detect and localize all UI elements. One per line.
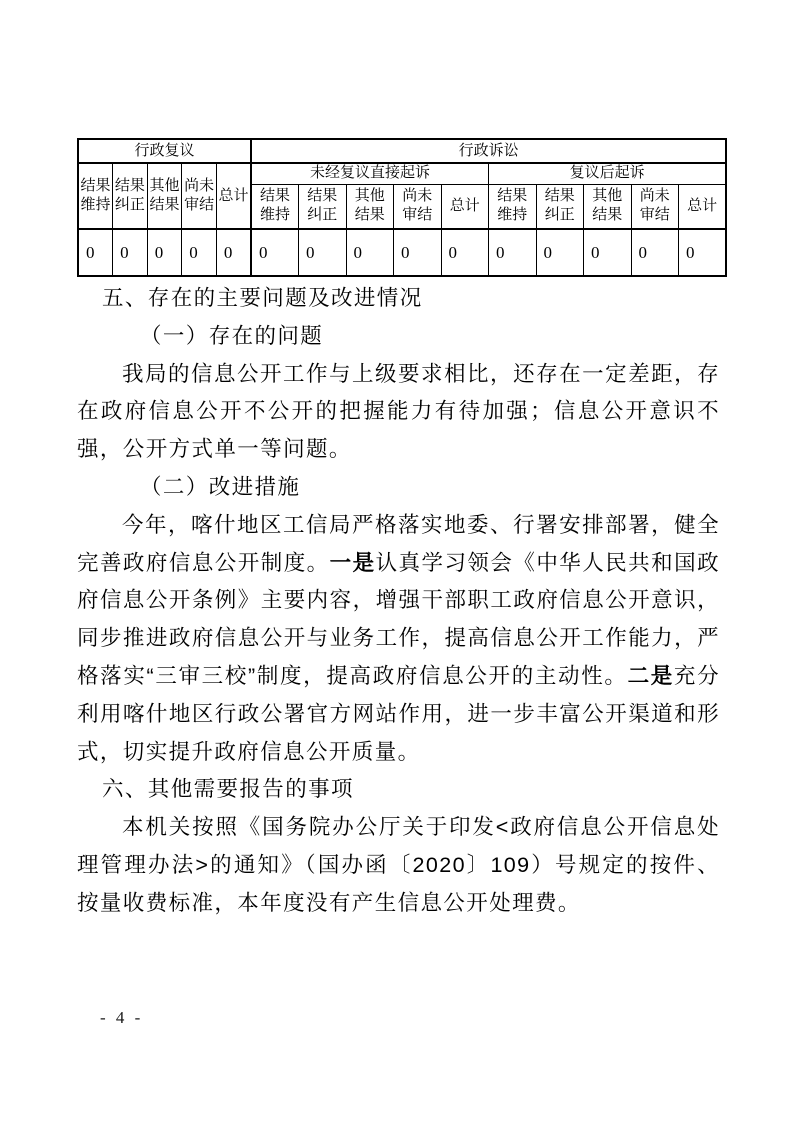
- section-heading-5: 五、存在的主要问题及改进情况: [77, 280, 720, 318]
- header-line: 尚未: [394, 187, 441, 206]
- table-cell: 0: [78, 229, 113, 276]
- table-cell: 0: [251, 229, 299, 276]
- table-cell: 0: [394, 229, 442, 276]
- header-line: 审结: [632, 206, 679, 225]
- col-header-other-result: 其他结果: [584, 184, 632, 229]
- table-cell: 0: [216, 229, 251, 276]
- table-subgroup-row: 结果维持 结果纠正 其他结果 尚未审结 总计 未经复议直接起诉 复议后起诉: [78, 163, 726, 184]
- header-line: 尚未: [182, 177, 216, 196]
- col-header-pending: 尚未审结: [182, 163, 217, 229]
- header-line: 其他: [148, 177, 182, 196]
- table-cell: 0: [147, 229, 182, 276]
- document-body: 五、存在的主要问题及改进情况 （一）存在的问题 我局的信息公开工作与上级要求相比…: [77, 280, 720, 923]
- text-segment-bold-first: 一是: [330, 551, 376, 575]
- header-line: 结果: [584, 206, 631, 225]
- header-line: 纠正: [537, 206, 584, 225]
- subgroup-header-suit-after-review: 复议后起诉: [489, 163, 727, 184]
- header-line: 纠正: [113, 196, 147, 215]
- table-cell: 0: [113, 229, 148, 276]
- header-line: 结果: [252, 187, 298, 206]
- header-line: 总计: [442, 197, 489, 216]
- header-line: 结果: [148, 196, 182, 215]
- col-header-total: 总计: [216, 163, 251, 229]
- table-data-row: 0 0 0 0 0 0 0 0 0 0 0 0 0 0 0: [78, 229, 726, 276]
- header-line: 维持: [252, 206, 298, 225]
- table-cell: 0: [631, 229, 679, 276]
- paragraph-other-items: 本机关按照《国务院办公厅关于印发<政府信息公开信息处理管理办法>的通知》（国办函…: [77, 809, 720, 922]
- paragraph-problems: 我局的信息公开工作与上级要求相比，还存在一定差距，存在政府信息公开不公开的把握能…: [77, 356, 720, 469]
- document-page: 行政复议 行政诉讼 结果维持 结果纠正 其他结果 尚未审结 总计 未经复议直接起…: [0, 0, 793, 1122]
- header-line: 结果: [299, 187, 346, 206]
- page-number: - 4 -: [100, 1008, 143, 1028]
- header-line: 其他: [347, 187, 394, 206]
- col-header-result-corrected: 结果纠正: [299, 184, 347, 229]
- subsection-heading-1: （一）存在的问题: [77, 318, 720, 356]
- subgroup-header-direct-suit: 未经复议直接起诉: [251, 163, 489, 184]
- col-header-other-result: 其他结果: [147, 163, 182, 229]
- text-segment-bold-second: 二是: [628, 664, 674, 688]
- section-heading-6: 六、其他需要报告的事项: [77, 771, 720, 809]
- col-header-total: 总计: [679, 184, 727, 229]
- col-header-result-corrected: 结果纠正: [113, 163, 148, 229]
- table-cell: 0: [299, 229, 347, 276]
- header-line: 结果: [79, 177, 112, 196]
- col-header-result-upheld: 结果维持: [251, 184, 299, 229]
- header-line: 其他: [584, 187, 631, 206]
- header-line: 纠正: [299, 206, 346, 225]
- table-group-row: 行政复议 行政诉讼: [78, 139, 726, 163]
- table-cell: 0: [489, 229, 537, 276]
- group-header-reconsideration: 行政复议: [78, 139, 251, 163]
- col-header-pending: 尚未审结: [631, 184, 679, 229]
- group-header-litigation: 行政诉讼: [251, 139, 726, 163]
- table-cell: 0: [584, 229, 632, 276]
- table-cell: 0: [182, 229, 217, 276]
- col-header-other-result: 其他结果: [346, 184, 394, 229]
- header-line: 结果: [489, 187, 536, 206]
- header-line: 维持: [489, 206, 536, 225]
- header-line: 总计: [679, 197, 725, 216]
- subsection-heading-2: （二）改进措施: [77, 469, 720, 507]
- header-line: 结果: [537, 187, 584, 206]
- header-line: 维持: [79, 196, 112, 215]
- table-cell: 0: [679, 229, 727, 276]
- col-header-result-corrected: 结果纠正: [536, 184, 584, 229]
- header-line: 尚未: [632, 187, 679, 206]
- table-cell: 0: [536, 229, 584, 276]
- header-line: 审结: [394, 206, 441, 225]
- paragraph-improvements: 今年，喀什地区工信局严格落实地委、行署安排部署，健全完善政府信息公开制度。一是认…: [77, 507, 720, 772]
- header-line: 总计: [217, 187, 250, 206]
- col-header-total: 总计: [441, 184, 489, 229]
- col-header-result-upheld: 结果维持: [489, 184, 537, 229]
- col-header-pending: 尚未审结: [394, 184, 442, 229]
- table-cell: 0: [441, 229, 489, 276]
- header-line: 结果: [347, 206, 394, 225]
- header-line: 结果: [113, 177, 147, 196]
- table-cell: 0: [346, 229, 394, 276]
- col-header-result-upheld: 结果维持: [78, 163, 113, 229]
- header-line: 审结: [182, 196, 216, 215]
- admin-review-litigation-table: 行政复议 行政诉讼 结果维持 结果纠正 其他结果 尚未审结 总计 未经复议直接起…: [77, 138, 727, 277]
